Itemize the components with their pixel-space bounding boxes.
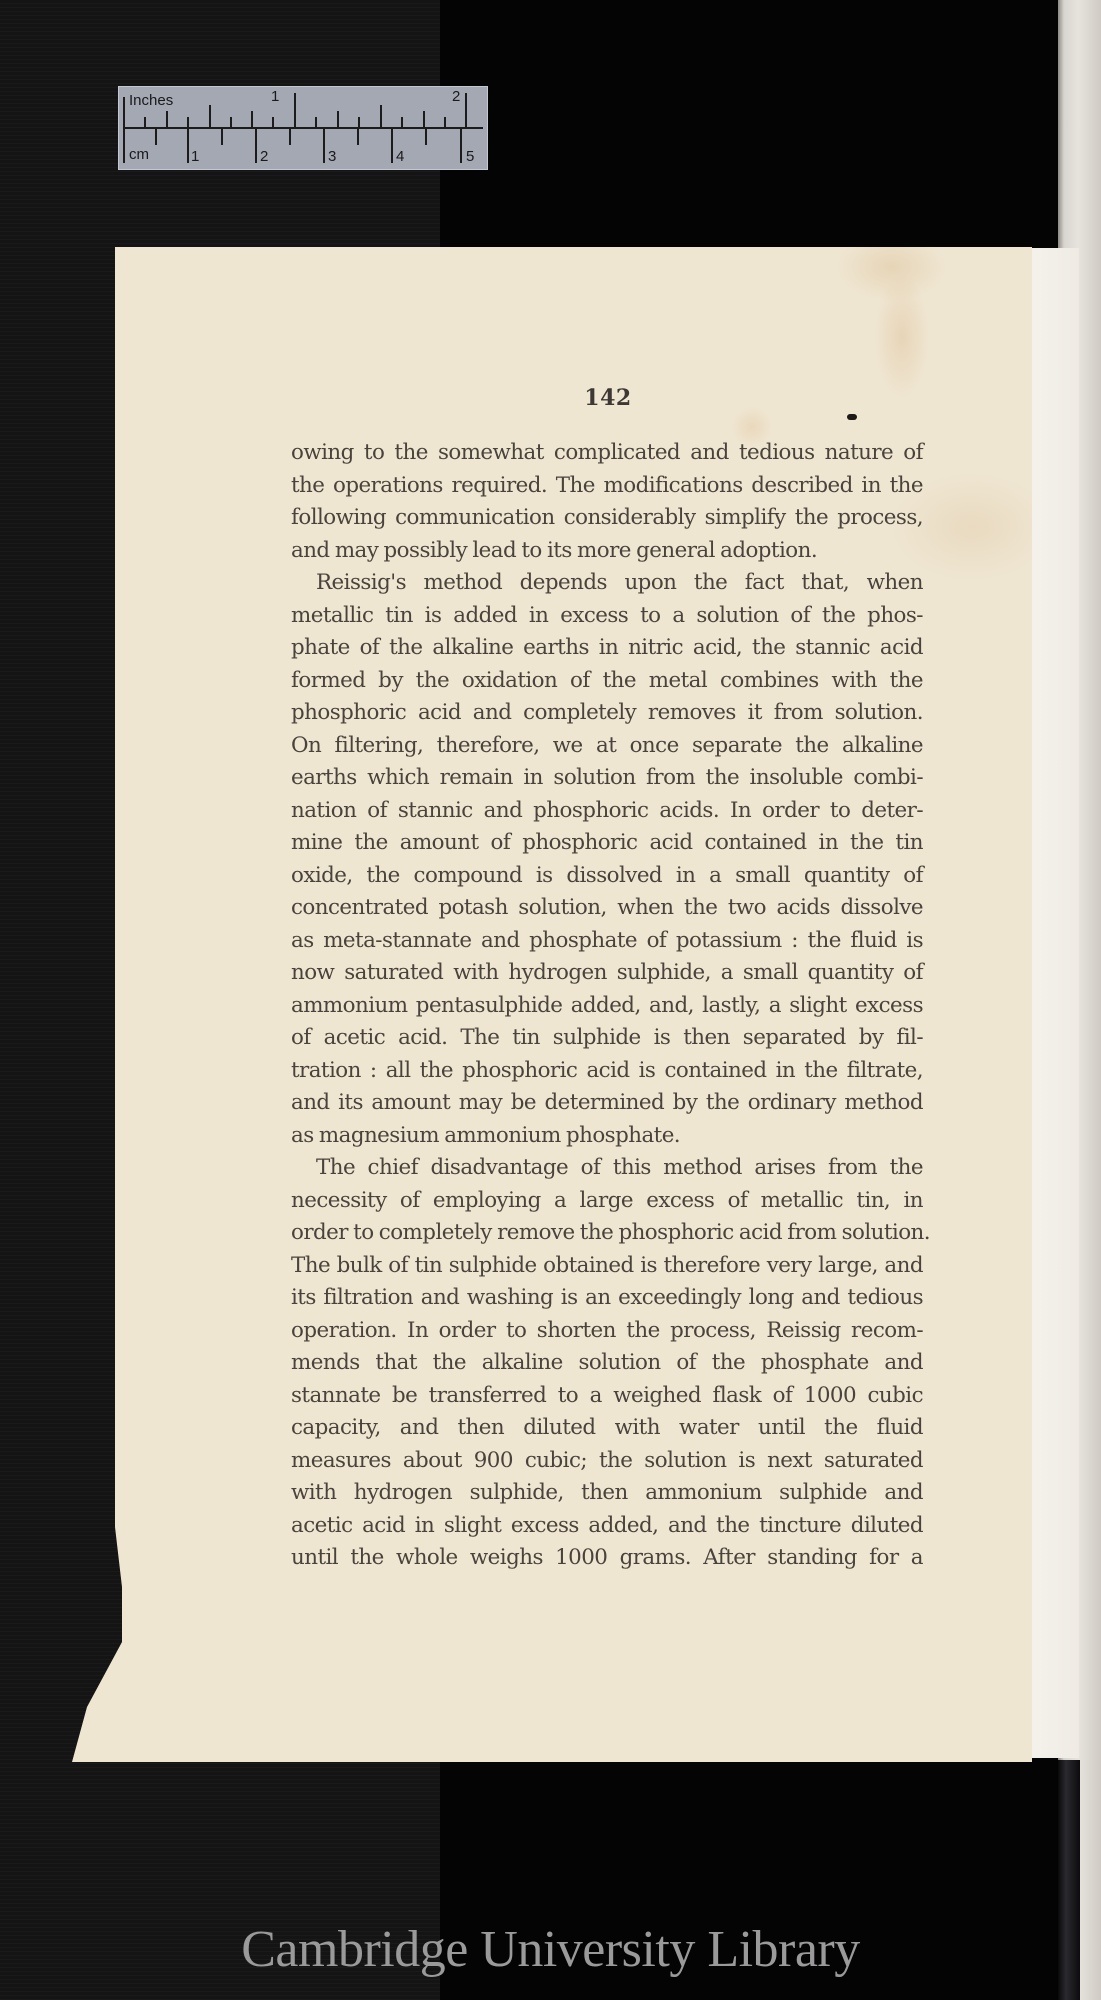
ruler-tick <box>423 111 425 127</box>
ruler-tick <box>187 117 189 127</box>
text-line: and may possibly lead to its more genera… <box>291 535 923 568</box>
ruler-tick <box>221 129 223 145</box>
text-line: mine the amount of phosphoric acid conta… <box>291 827 923 860</box>
text-line: earths which remain in solution from the… <box>291 762 923 795</box>
text-line: and its amount may be determined by the … <box>291 1087 923 1120</box>
ruler-tick <box>187 129 189 163</box>
ruler-inch-mark-1: 1 <box>271 89 279 104</box>
text-line: measures about 900 cubic; the solution i… <box>291 1445 923 1478</box>
text-line: order to completely remove the phosphori… <box>291 1217 923 1250</box>
scale-ruler: Inches cm 1 2 1 2 3 4 5 <box>118 86 488 170</box>
text-line: with hydrogen sulphide, then ammonium su… <box>291 1477 923 1510</box>
ruler-tick <box>357 129 359 145</box>
ruler-inches-label: Inches <box>129 93 173 108</box>
library-watermark: Cambridge University Library <box>0 1920 1101 1979</box>
text-line: On filtering, therefore, we at once sepa… <box>291 730 923 763</box>
ruler-cm-mark-2: 2 <box>260 149 268 164</box>
text-line: ammonium pentasulphide added, and, lastl… <box>291 990 923 1023</box>
ruler-tick <box>401 117 403 127</box>
text-line: following communication considerably sim… <box>291 502 923 535</box>
ruler-tick <box>337 111 339 127</box>
ruler-tick <box>323 129 325 163</box>
text-line: as magnesium ammonium phosphate. <box>291 1120 923 1153</box>
ruler-tick <box>155 129 157 145</box>
text-line: Reissig's method depends upon the fact t… <box>291 567 923 600</box>
ruler-tick <box>144 117 146 127</box>
ruler-tick <box>123 129 125 163</box>
ruler-tick <box>123 97 125 129</box>
text-line: concentrated potash solution, when the t… <box>291 892 923 925</box>
ruler-cm-label: cm <box>129 147 149 162</box>
ruler-tick <box>251 111 253 127</box>
ink-mark <box>847 414 857 420</box>
ruler-tick <box>294 93 296 127</box>
text-line: nation of stannic and phosphoric acids. … <box>291 795 923 828</box>
ruler-tick <box>230 117 232 127</box>
text-line: oxide, the compound is dissolved in a sm… <box>291 860 923 893</box>
ruler-tick <box>272 117 274 127</box>
page-number: 142 <box>568 385 648 411</box>
text-line: tration : all the phosphoric acid is con… <box>291 1055 923 1088</box>
ruler-tick <box>391 129 393 163</box>
ruler-tick <box>425 129 427 145</box>
text-line: metallic tin is added in excess to a sol… <box>291 600 923 633</box>
ruler-tick <box>315 117 317 127</box>
text-line: of acetic acid. The tin sulphide is then… <box>291 1022 923 1055</box>
ruler-tick <box>444 117 446 127</box>
ruler-tick <box>465 93 467 127</box>
ruler-tick <box>358 117 360 127</box>
ruler-tick <box>289 129 291 145</box>
ruler-inch-mark-2: 2 <box>452 89 460 104</box>
text-line: now saturated with hydrogen sulphide, a … <box>291 957 923 990</box>
ruler-tick <box>380 105 382 127</box>
text-line: until the whole weighs 1000 grams. After… <box>291 1542 923 1575</box>
text-line: formed by the oxidation of the metal com… <box>291 665 923 698</box>
text-line: acetic acid in slight excess added, and … <box>291 1510 923 1543</box>
text-line: The chief disadvantage of this method ar… <box>291 1152 923 1185</box>
ruler-baseline <box>123 127 483 129</box>
text-line: as meta-stannate and phosphate of potass… <box>291 925 923 958</box>
text-line: the operations required. The modificatio… <box>291 470 923 503</box>
body-text: owing to the somewhat complicated and te… <box>291 437 923 1575</box>
text-line: mends that the alkaline solution of the … <box>291 1347 923 1380</box>
ruler-cm-mark-5: 5 <box>466 149 474 164</box>
ruler-cm-mark-1: 1 <box>191 149 199 164</box>
text-line: operation. In order to shorten the proce… <box>291 1315 923 1348</box>
text-line: The bulk of tin sulphide obtained is the… <box>291 1250 923 1283</box>
ruler-cm-mark-4: 4 <box>396 149 404 164</box>
text-line: capacity, and then diluted with water un… <box>291 1412 923 1445</box>
text-line: phate of the alkaline earths in nitric a… <box>291 632 923 665</box>
text-line: phosphoric acid and completely removes i… <box>291 697 923 730</box>
blank-insert-leaf <box>1026 248 1079 1758</box>
ruler-cm-mark-3: 3 <box>328 149 336 164</box>
text-line: necessity of employing a large excess of… <box>291 1185 923 1218</box>
text-line: stannate be transferred to a weighed fla… <box>291 1380 923 1413</box>
ruler-tick <box>209 105 211 127</box>
ruler-tick <box>166 111 168 127</box>
ruler-tick <box>255 129 257 163</box>
text-line: its filtration and washing is an exceedi… <box>291 1282 923 1315</box>
text-line: owing to the somewhat complicated and te… <box>291 437 923 470</box>
ruler-tick <box>460 129 462 163</box>
